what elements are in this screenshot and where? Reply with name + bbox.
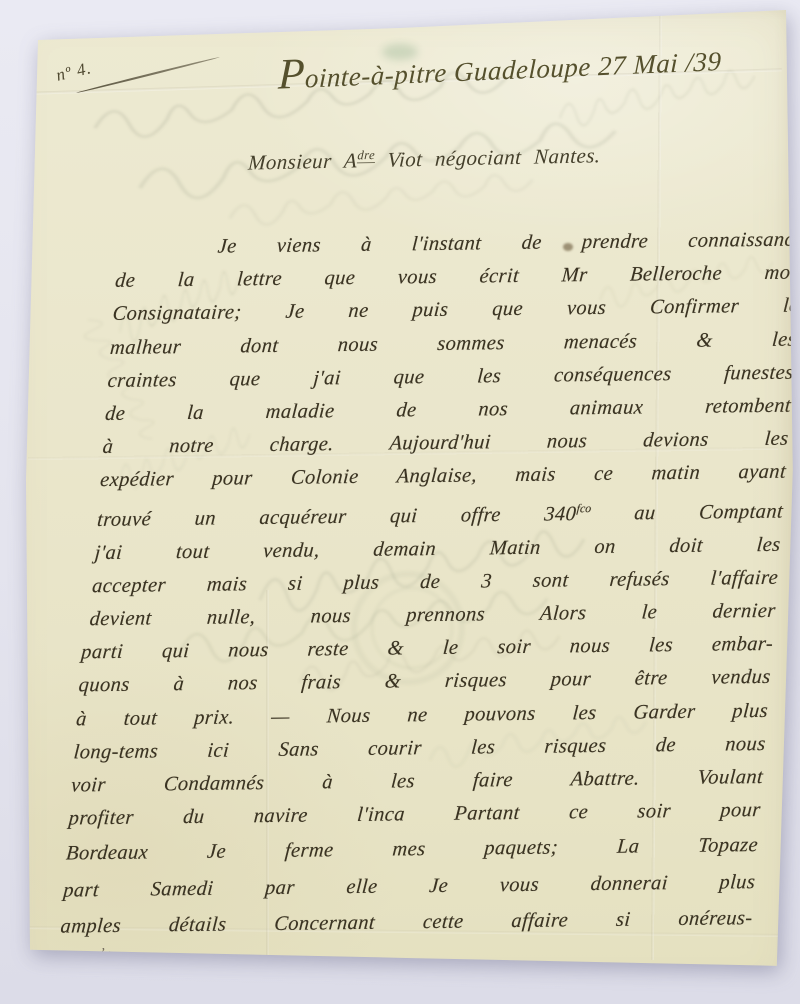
body-line-text: trouvé un acquéreur qui offre 340 xyxy=(96,503,577,531)
letter-paper: nº 4. Pointe-à-pitre Guadeloupe 27 Mai /… xyxy=(0,0,800,1004)
body-line-text: au Comptant xyxy=(590,500,784,524)
letter-body: Je viens à l'instant de prendre connaiss… xyxy=(65,223,800,945)
footnote-mark: ’· xyxy=(100,946,114,962)
recipient-prefix: Monsieur A xyxy=(247,148,357,174)
paper-shadow: nº 4. Pointe-à-pitre Guadeloupe 27 Mai /… xyxy=(0,0,800,1004)
recipient-abbreviation-superscript: dre xyxy=(357,148,375,163)
francs-abbreviation-superscript: fco xyxy=(576,501,592,515)
recipient-rest: Viot négociant Nantes. xyxy=(374,143,601,172)
photographed-letter-scene: nº 4. Pointe-à-pitre Guadeloupe 27 Mai /… xyxy=(0,0,800,1004)
